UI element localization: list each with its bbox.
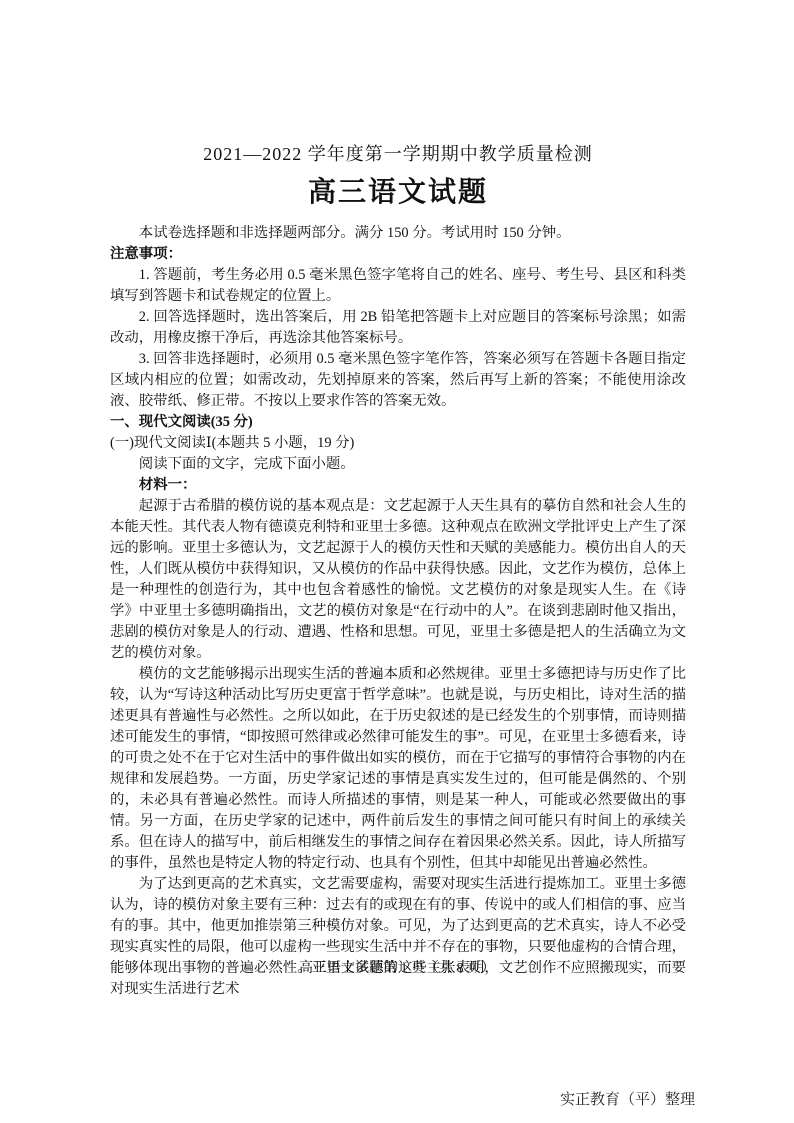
exam-session-title: 2021—2022 学年度第一学期期中教学质量检测	[110, 141, 686, 167]
material-paragraph-1: 起源于古希腊的模仿说的基本观点是：文艺起源于人天生具有的摹仿自然和社会人生的本能…	[110, 496, 686, 664]
notice-heading: 注意事项：	[110, 244, 686, 265]
exam-subject-title: 高三语文试题	[110, 175, 686, 211]
section-heading-modern-reading: 一、现代文阅读(35 分)	[110, 412, 686, 433]
exam-paper-page: 2021—2022 学年度第一学期期中教学质量检测 高三语文试题 本试卷选择题和…	[0, 0, 794, 1123]
page-content: 2021—2022 学年度第一学期期中教学质量检测 高三语文试题 本试卷选择题和…	[110, 141, 686, 1000]
material-paragraph-3: 为了达到更高的艺术真实，文艺需要虚构，需要对现实生活进行提炼加工。亚里士多德认为…	[110, 874, 686, 1000]
subsection-heading-reading-1: (一)现代文阅读Ⅰ(本题共 5 小题，19 分)	[110, 433, 686, 454]
notice-item-1: 1. 答题前，考生务必用 0.5 毫米黑色签字笔将自己的姓名、座号、考生号、县区…	[110, 265, 686, 307]
material-paragraph-2: 模仿的文艺能够揭示出现实生活的普遍本质和必然规律。亚里士多德把诗与历史作了比较，…	[110, 664, 686, 874]
exam-summary: 本试卷选择题和非选择题两部分。满分 150 分。考试用时 150 分钟。	[110, 223, 686, 244]
notice-item-3: 3. 回答非选择题时，必须用 0.5 毫米黑色签字笔作答，答案必须写在答题卡各题…	[110, 349, 686, 412]
compiler-watermark: 实正教育（平）整理	[560, 1088, 695, 1109]
page-footer-pagination: 高三语文试题第 1 页（共 8 页）	[0, 958, 794, 979]
material-one-heading: 材料一：	[110, 475, 686, 496]
notice-item-2: 2. 回答选择题时，选出答案后，用 2B 铅笔把答题卡上对应题目的答案标号涂黑；…	[110, 307, 686, 349]
reading-instruction: 阅读下面的文字，完成下面小题。	[110, 454, 686, 475]
